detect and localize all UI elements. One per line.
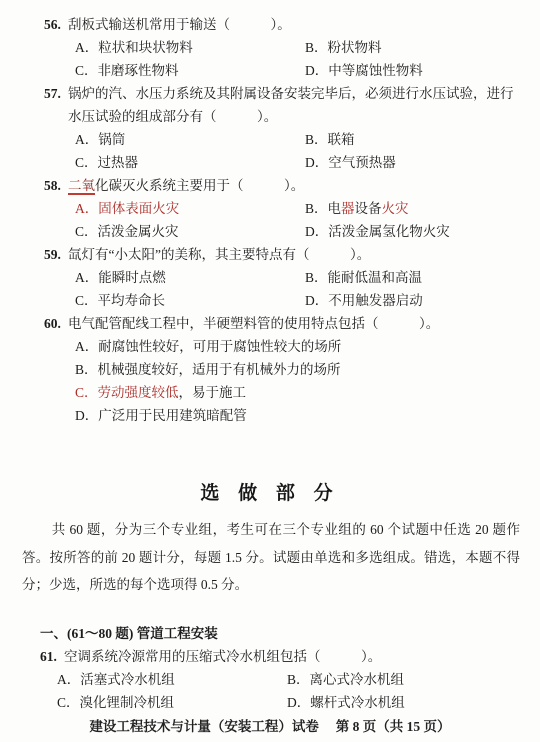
question-60-stem: 60.电气配管配线工程中，半硬塑料管的使用特点包括（ ）。	[44, 312, 522, 335]
option-60-a: A．耐腐蚀性较好，可用于腐蚀性较大的场所	[75, 335, 341, 358]
option-61-d: D．螺杆式冷水机组	[287, 691, 405, 714]
question-57: 57.锅炉的汽、水压力系统及其附属设备安装完毕后，必须进行水压试验，进行水压试验…	[44, 82, 522, 174]
question-59-stem-text: 氙灯有“小太阳”的美称，其主要特点有（ ）。	[68, 247, 370, 262]
question-61-number: 61.	[40, 645, 64, 668]
option-57-c: C．过热器	[75, 151, 305, 174]
question-61-stem-text: 空调系统冷源常用的压缩式冷水机组包括（ ）。	[64, 649, 381, 664]
question-61-stem: 61.空调系统冷源常用的压缩式冷水机组包括（ ）。	[40, 645, 522, 668]
option-57-a: A．锅筒	[75, 128, 305, 151]
option-61-c: C．溴化锂制冷机组	[57, 691, 287, 714]
question-59: 59.氙灯有“小太阳”的美称，其主要特点有（ ）。 A．能瞬时点燃 B．能耐低温…	[44, 243, 522, 312]
page-footer: 建设工程技术与计量（安装工程）试卷 第 8 页（共 15 页）	[0, 717, 540, 737]
question-57-options-row-1: A．锅筒 B．联箱	[44, 128, 522, 151]
question-56-number: 56.	[44, 13, 68, 36]
question-59-number: 59.	[44, 243, 68, 266]
question-61: 61.空调系统冷源常用的压缩式冷水机组包括（ ）。 A．活塞式冷水机组 B．离心…	[40, 645, 522, 714]
question-56: 56.刮板式输送机常用于输送（ ）。 A．粒状和块状物料 B．粉状物料 C．非磨…	[44, 13, 522, 82]
option-59-d: D．不用触发器启动	[305, 289, 423, 312]
option-58-b: B．电器设备火灾	[305, 197, 409, 220]
option-57-d: D．空气预热器	[305, 151, 396, 174]
question-59-options-row-2: C．平均寿命长 D．不用触发器启动	[44, 289, 522, 312]
question-58-options-row-2: C．活泼金属火灾 D．活泼金属氢化物火灾	[44, 220, 522, 243]
question-61-options-row-2: C．溴化锂制冷机组 D．螺杆式冷水机组	[40, 691, 522, 714]
question-58-stem: 58.二氧化碳灭火系统主要用于（ ）。	[44, 174, 522, 197]
question-56-options-row-2: C．非磨琢性物料 D．中等腐蚀性物料	[44, 59, 522, 82]
group-heading: 一、(61～80 题) 管道工程安装	[40, 622, 540, 645]
option-60-d: D．广泛用于民用建筑暗配管	[75, 404, 247, 427]
option-59-c: C．平均寿命长	[75, 289, 305, 312]
option-56-a: A．粒状和块状物料	[75, 36, 305, 59]
option-56-b: B．粉状物料	[305, 36, 382, 59]
question-57-stem: 57.锅炉的汽、水压力系统及其附属设备安装完毕后，必须进行水压试验，进行水压试验…	[44, 82, 522, 128]
option-59-b: B．能耐低温和高温	[305, 266, 422, 289]
question-60: 60.电气配管配线工程中，半硬塑料管的使用特点包括（ ）。 A．耐腐蚀性较好，可…	[44, 312, 522, 427]
option-57-b: B．联箱	[305, 128, 355, 151]
option-58-d: D．活泼金属氢化物火灾	[305, 220, 450, 243]
option-56-c: C．非磨琢性物料	[75, 59, 305, 82]
option-60-c: C．劳动强度较低，易于施工	[75, 381, 246, 404]
section-title: 选 做 部 分	[0, 481, 540, 507]
question-58-stem-text: 二氧化碳灭火系统主要用于（ ）。	[68, 178, 304, 195]
question-60-stem-text: 电气配管配线工程中，半硬塑料管的使用特点包括（ ）。	[68, 316, 439, 331]
option-58-a: A．固体表面火灾	[75, 197, 305, 220]
question-56-options-row-1: A．粒状和块状物料 B．粉状物料	[44, 36, 522, 59]
question-56-stem-text: 刮板式输送机常用于输送（ ）。	[68, 17, 291, 32]
question-59-options-row-1: A．能瞬时点燃 B．能耐低温和高温	[44, 266, 522, 289]
question-57-stem-text: 锅炉的汽、水压力系统及其附属设备安装完毕后，必须进行水压试验，进行水压试验的组成…	[68, 86, 514, 124]
question-60-options-row-3: C．劳动强度较低，易于施工	[44, 381, 522, 404]
question-57-number: 57.	[44, 82, 68, 105]
option-58-c: C．活泼金属火灾	[75, 220, 305, 243]
section-instructions: 共 60 题，分为三个专业组，考生可在三个专业组的 60 个试题中任选 20 题…	[22, 516, 520, 599]
question-58: 58.二氧化碳灭火系统主要用于（ ）。 A．固体表面火灾 B．电器设备火灾 C．…	[44, 174, 522, 243]
question-59-stem: 59.氙灯有“小太阳”的美称，其主要特点有（ ）。	[44, 243, 522, 266]
exam-paper-page: 56.刮板式输送机常用于输送（ ）。 A．粒状和块状物料 B．粉状物料 C．非磨…	[0, 0, 540, 742]
question-60-options-row-2: B．机械强度较好，适用于有机械外力的场所	[44, 358, 522, 381]
question-61-options-row-1: A．活塞式冷水机组 B．离心式冷水机组	[40, 668, 522, 691]
option-60-b: B．机械强度较好，适用于有机械外力的场所	[75, 358, 341, 381]
question-60-options-row-4: D．广泛用于民用建筑暗配管	[44, 404, 522, 427]
option-61-a: A．活塞式冷水机组	[57, 668, 287, 691]
option-56-d: D．中等腐蚀性物料	[305, 59, 423, 82]
option-59-a: A．能瞬时点燃	[75, 266, 305, 289]
option-61-b: B．离心式冷水机组	[287, 668, 404, 691]
question-60-options-row-1: A．耐腐蚀性较好，可用于腐蚀性较大的场所	[44, 335, 522, 358]
question-57-options-row-2: C．过热器 D．空气预热器	[44, 151, 522, 174]
question-60-number: 60.	[44, 312, 68, 335]
question-58-number: 58.	[44, 174, 68, 197]
question-56-stem: 56.刮板式输送机常用于输送（ ）。	[44, 13, 522, 36]
question-58-options-row-1: A．固体表面火灾 B．电器设备火灾	[44, 197, 522, 220]
